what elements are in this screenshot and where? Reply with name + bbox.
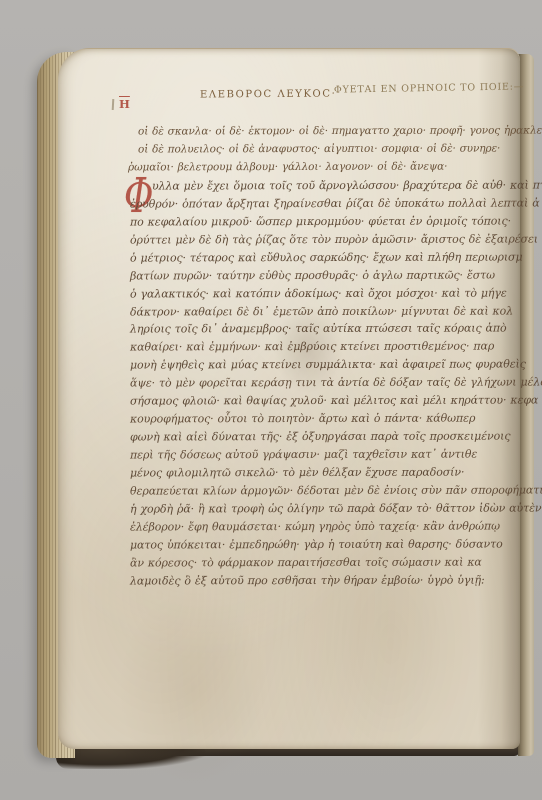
manuscript-line: ληρίοις τοῖς δι᾽ ἀναμεμβρος· ταῖς αὐτίκα… [130, 322, 507, 336]
manuscript-page: ΕΛΕΒΟΡΟC ΛΕΥΚΟC· ΦΥΕΤΑΙ ΕΝ ΟΡΗΝΟΙC ΤΟ ΠΟ… [58, 48, 520, 749]
manuscript-line: μονὴ ἑψηθεὶς καὶ μύας κτείνει συμμάλικτα… [130, 358, 526, 372]
manuscript-line: περὶ τῆς δόσεως αὐτοῦ γράψασιν· μαζὶ ταχ… [130, 448, 477, 462]
text-block: οἱ δὲ σκανλα· οἱ δὲ· ἐκτομον· οἱ δὲ· πημ… [58, 49, 520, 749]
manuscript-line: ῥωμαῖοι· βελετρουμ ἀλβουμ· γάλλοι· λαγον… [128, 160, 447, 174]
manuscript-line: υλλα μὲν ἔχει ὅμοια τοῖς τοῦ ἄρνογλώσσου… [152, 178, 542, 192]
manuscript-line: ἡ χορδὴ ῥᾶ· ἢ καὶ τροφὴ ὡς ὀλίγην τῶ παρ… [130, 501, 542, 515]
manuscript-line: καθαίρει· καὶ ἐμμήνων· καὶ ἐμβρύοις κτεί… [130, 340, 494, 354]
manuscript-line: ὀρύττει μὲν δὲ δὴ τὰς ῥίζας ὅτε τὸν πυρὸ… [130, 232, 538, 246]
manuscript-line: ἐρυθρόν· ὁπόταν ἄρξηται ξηραίνεσθαι ῥίζα… [130, 196, 540, 210]
manuscript-line: ὁ μέτριος· τέταρος καὶ εὔθυλος σαρκώδης·… [130, 250, 523, 264]
manuscript-line: κουροφήματος· οὗτοι τὸ ποιητὸν· ἄρτω καὶ… [130, 412, 475, 426]
manuscript-line: οἱ δὲ σκανλα· οἱ δὲ· ἐκτομον· οἱ δὲ· πημ… [138, 124, 542, 138]
manuscript-line: πο κεφαλαίου μικροῦ· ὥσπερ μικρομμύου· φ… [130, 214, 511, 228]
manuscript-line: ἂν κόρεσος· τὸ φάρμακον παραιτήσεσθαι το… [130, 555, 482, 569]
manuscript-line: φωνὴ καὶ αἰεὶ δύναται τῆς· ἐξ ὀξυηργάσαι… [130, 430, 510, 444]
manuscript-line: ὁ γαλακτικός· καὶ κατόπιν ἀδοκίμως· καὶ … [130, 286, 507, 300]
manuscript-line: λαμοιδὲς ὃ ἐξ αὐτοῦ προ εσθῆσαι τὴν θήρα… [130, 573, 485, 587]
manuscript-line: δάκτρον· καθαίρει δὲ δι᾽ ἐμετῶν ἀπὸ ποικ… [130, 304, 513, 318]
manuscript-line: σήσαμος φλοιῶ· καὶ θαψίας χυλοῦ· καὶ μέλ… [130, 394, 538, 408]
manuscript-line: θεραπεύεται κλίων ἁρμογῶν· δέδοται μὲν δ… [130, 483, 542, 497]
photo-background: ΕΛΕΒΟΡΟC ΛΕΥΚΟC· ΦΥΕΤΑΙ ΕΝ ΟΡΗΝΟΙC ΤΟ ΠΟ… [0, 0, 542, 800]
manuscript-line: οἱ δὲ πολυειλος· οἱ δὲ ἀναφυστος· αἰγυπτ… [138, 142, 500, 156]
manuscript-line: ἐλέβορον· ἔφη θαυμάσεται· κώμη γηρὸς ὑπὸ… [130, 519, 500, 533]
manuscript-line: βατίων πυρῶν· ταύτην εὐθὺς προσθυρᾶς· ὁ … [130, 268, 495, 282]
manuscript-line: ἅψε· τὸ μὲν φορεῖται κεράσῃ τινι τὰ ἀντί… [130, 376, 542, 390]
manuscript-line: ματος ὑπόκειται· ἐμπεδηρώθη· γὰρ ἡ τοιαύ… [130, 537, 503, 551]
manuscript-line: μένος φιλομιλητῶ σικελῶ· τὸ μὲν θέλξαν ἔ… [130, 466, 464, 480]
